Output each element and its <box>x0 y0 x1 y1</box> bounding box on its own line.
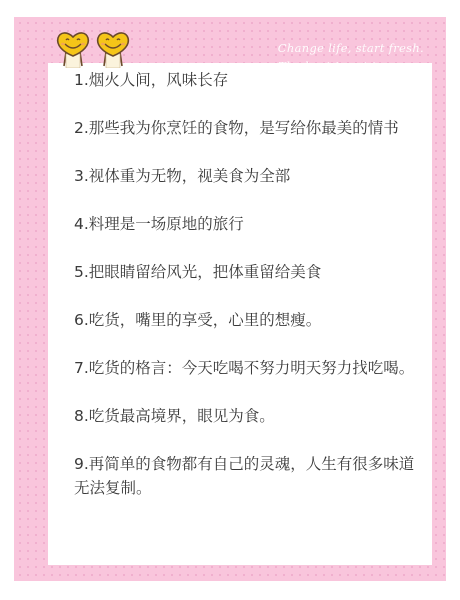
smiling-heart-mascot-icon <box>55 30 91 68</box>
quote-item-5: 5.把眼睛留给风光，把体重留给美食 <box>74 260 426 284</box>
quote-item-7: 7.吃货的格言：今天吃喝不努力明天努力找吃喝。 <box>74 356 426 380</box>
quote-item-4: 4.料理是一场原地的旅行 <box>74 212 426 236</box>
slogan-line-1: Change life, start fresh. <box>234 39 424 57</box>
smiling-heart-mascot-icon <box>95 30 131 68</box>
quote-list: 1.烟火人间，风味长存 2.那些我为你烹饪的食物，是写给你最美的情书 3.视体重… <box>74 68 426 524</box>
mascot-group <box>55 30 135 68</box>
quote-item-3: 3.视体重为无物，视美食为全部 <box>74 164 426 188</box>
quote-card-image: Change life, start fresh. The best is ye… <box>0 0 460 600</box>
quote-item-1: 1.烟火人间，风味长存 <box>74 68 426 92</box>
quote-item-8: 8.吃货最高境界，眼见为食。 <box>74 404 426 428</box>
quote-item-6: 6.吃货，嘴里的享受，心里的想瘦。 <box>74 308 426 332</box>
quote-item-9: 9.再简单的食物都有自己的灵魂，人生有很多味道无法复制。 <box>74 452 426 500</box>
quote-item-2: 2.那些我为你烹饪的食物，是写给你最美的情书 <box>74 116 426 140</box>
